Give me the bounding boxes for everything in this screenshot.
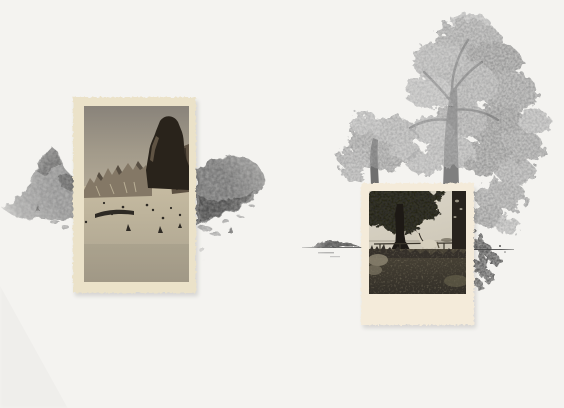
water-reflection — [318, 252, 334, 253]
collage-artwork — [0, 0, 564, 408]
stray-speck — [499, 245, 501, 247]
light-grass-patch — [368, 254, 388, 266]
polaroid-image — [360, 186, 468, 294]
photo-image — [79, 106, 189, 282]
water-reflection-2 — [330, 256, 340, 257]
polaroid-photo — [360, 183, 476, 328]
stray-speck-2 — [504, 251, 506, 253]
photo-vignette — [84, 244, 189, 282]
right-tree-trunk — [452, 191, 466, 253]
distant-bush — [441, 238, 453, 242]
light-grass-streak — [444, 275, 468, 287]
vintage-photo — [73, 97, 198, 296]
collage-page — [0, 0, 564, 408]
